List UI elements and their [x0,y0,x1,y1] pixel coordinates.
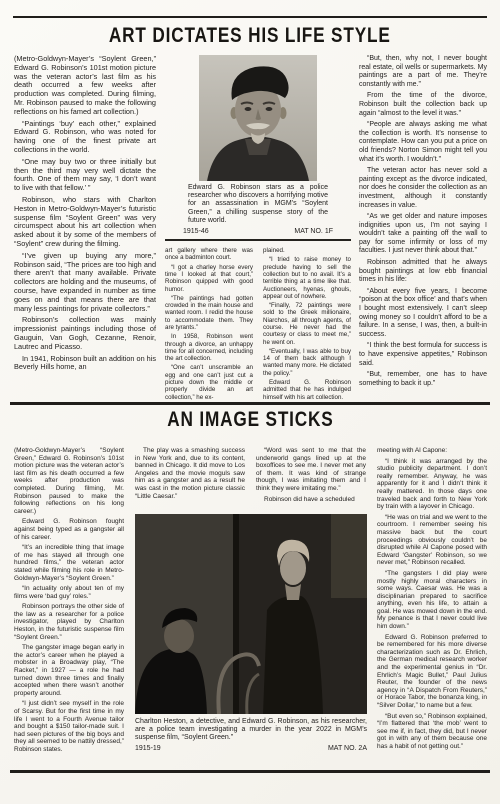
article-art-dictates: (Metro-Goldwyn-Mayer’s “Soylent Green,” … [14,55,487,403]
robinson-portrait-photo [199,55,317,181]
paragraph: “One may buy two or three initially but … [14,158,156,193]
paragraph: (Metro-Goldwyn-Mayer’s “Soylent Green,” … [14,447,124,515]
paragraph: Robinson, who stars with Charlton Heston… [14,196,156,249]
paragraph: “Word was sent to me that the underworld… [256,447,366,493]
paragraph: “Finally, 72 paintings were sold to the … [263,302,351,346]
top-rule [13,16,487,18]
article1-column-left: (Metro-Goldwyn-Mayer’s “Soylent Green,” … [14,55,156,403]
paragraph: Robinson did have a scheduled [256,496,366,504]
paragraph: “In actuality only about ten of my films… [14,585,124,600]
photo1-id-row: 1915-46 MAT NO. 1F [183,228,333,235]
article2-photo-block: Charlton Heston, a detective, and Edward… [135,514,367,752]
headline-art-dictates: ART DICTATES HIS LIFE STYLE [0,24,500,48]
photo2-caption: Charlton Heston, a detective, and Edward… [135,718,367,743]
press-kit-page: ART DICTATES HIS LIFE STYLE (Metro-Goldw… [0,0,500,804]
photo2-mat-number: MAT NO. 2A [328,745,367,752]
headline-text: AN IMAGE STICKS [167,408,333,432]
paragraph: “Eventually, I was able to buy 14 of the… [263,348,351,377]
paragraph: The play was a smashing success in New Y… [135,447,245,500]
paragraph: In 1958, Robinson went through a divorce… [165,333,253,362]
paragraph: “I think it was arranged by the studio p… [377,458,487,511]
article1-column-middle-left: art gallery where there was once a badmi… [165,247,253,403]
paragraph: “I tried to raise money to preclude havi… [263,256,351,300]
paragraph: art gallery where there was once a badmi… [165,247,253,262]
paragraph: From the time of the divorce, Robinson b… [359,92,487,118]
photo2-code: 1915-19 [135,745,161,752]
headline-text: ART DICTATES HIS LIFE STYLE [109,24,391,48]
photo1-code: 1915-46 [183,228,209,235]
paragraph: plained. [263,247,351,254]
paragraph: meeting with Al Capone: [377,447,487,455]
paragraph: (Metro-Goldwyn-Mayer’s “Soylent Green,” … [14,55,156,117]
paragraph: Robinson’s collection was mainly impress… [14,316,156,351]
paragraph: “I got a charley horse every time I look… [165,264,253,293]
paragraph: Robinson admitted that he always bought … [359,259,487,285]
paragraph: “But, then, why not, I never bought real… [359,55,487,89]
paragraph: “People are always asking me what the co… [359,121,487,164]
paragraph: “One can’t unscramble an egg and one can… [165,364,253,400]
photo1-caption: Edward G. Robinson stars as a police res… [188,184,328,225]
caption-rule [165,239,351,241]
articles-divider-rule [10,402,490,405]
paragraph: “But even so,” Robinson explained, “I’m … [377,713,487,751]
paragraph: “I just didn’t see myself in the role of… [14,700,124,753]
article1-column-middle-right: plained.“I tried to raise money to precl… [263,247,351,403]
article2-column-4: meeting with Al Capone:“I think it was a… [377,447,487,757]
paragraph: “I’ve given up buying any more,” Robinso… [14,252,156,314]
paragraph: Edward G. Robinson fought against being … [14,518,124,541]
article1-column-right: “But, then, why not, I never bought real… [359,55,487,403]
paragraph: “I think the best formula for success is… [359,342,487,368]
paragraph: “As we get older and nature imposes indi… [359,213,487,256]
paragraph: The gangster image began early in the ac… [14,644,124,697]
article1-column-middle: Edward G. Robinson stars as a police res… [165,55,351,403]
bottom-rule [10,770,490,773]
paragraph: “It’s an incredible thing that image of … [14,544,124,582]
photo2-id-row: 1915-19 MAT NO. 2A [135,745,367,752]
article2-column-1: (Metro-Goldwyn-Mayer’s “Soylent Green,” … [14,447,124,757]
paragraph: In 1941, Robinson built an addition on h… [14,355,156,373]
paragraph: Edward G. Robinson preferred to be remem… [377,634,487,710]
paragraph: “He was on trial and we went to the cour… [377,514,487,567]
heston-robinson-still-photo [135,514,367,714]
article1-continuation: art gallery where there was once a badmi… [165,247,351,403]
headline-an-image-sticks: AN IMAGE STICKS [0,408,500,432]
paragraph: Edward G. Robinson admitted that he has … [263,379,351,401]
paragraph: “But, remember, one has to have somethin… [359,371,487,388]
paragraph: The veteran actor has never sold a paint… [359,167,487,210]
paragraph: “Paintings ‘buy’ each other,” explained … [14,120,156,155]
paragraph: “About every five years, I become “poiso… [359,288,487,340]
paragraph: “The paintings had gotten crowded in the… [165,295,253,331]
paragraph: Robinson portrays the other side of the … [14,603,124,641]
photo1-mat-number: MAT NO. 1F [294,228,333,235]
paragraph: “The gangsters I did play were mostly hi… [377,570,487,631]
